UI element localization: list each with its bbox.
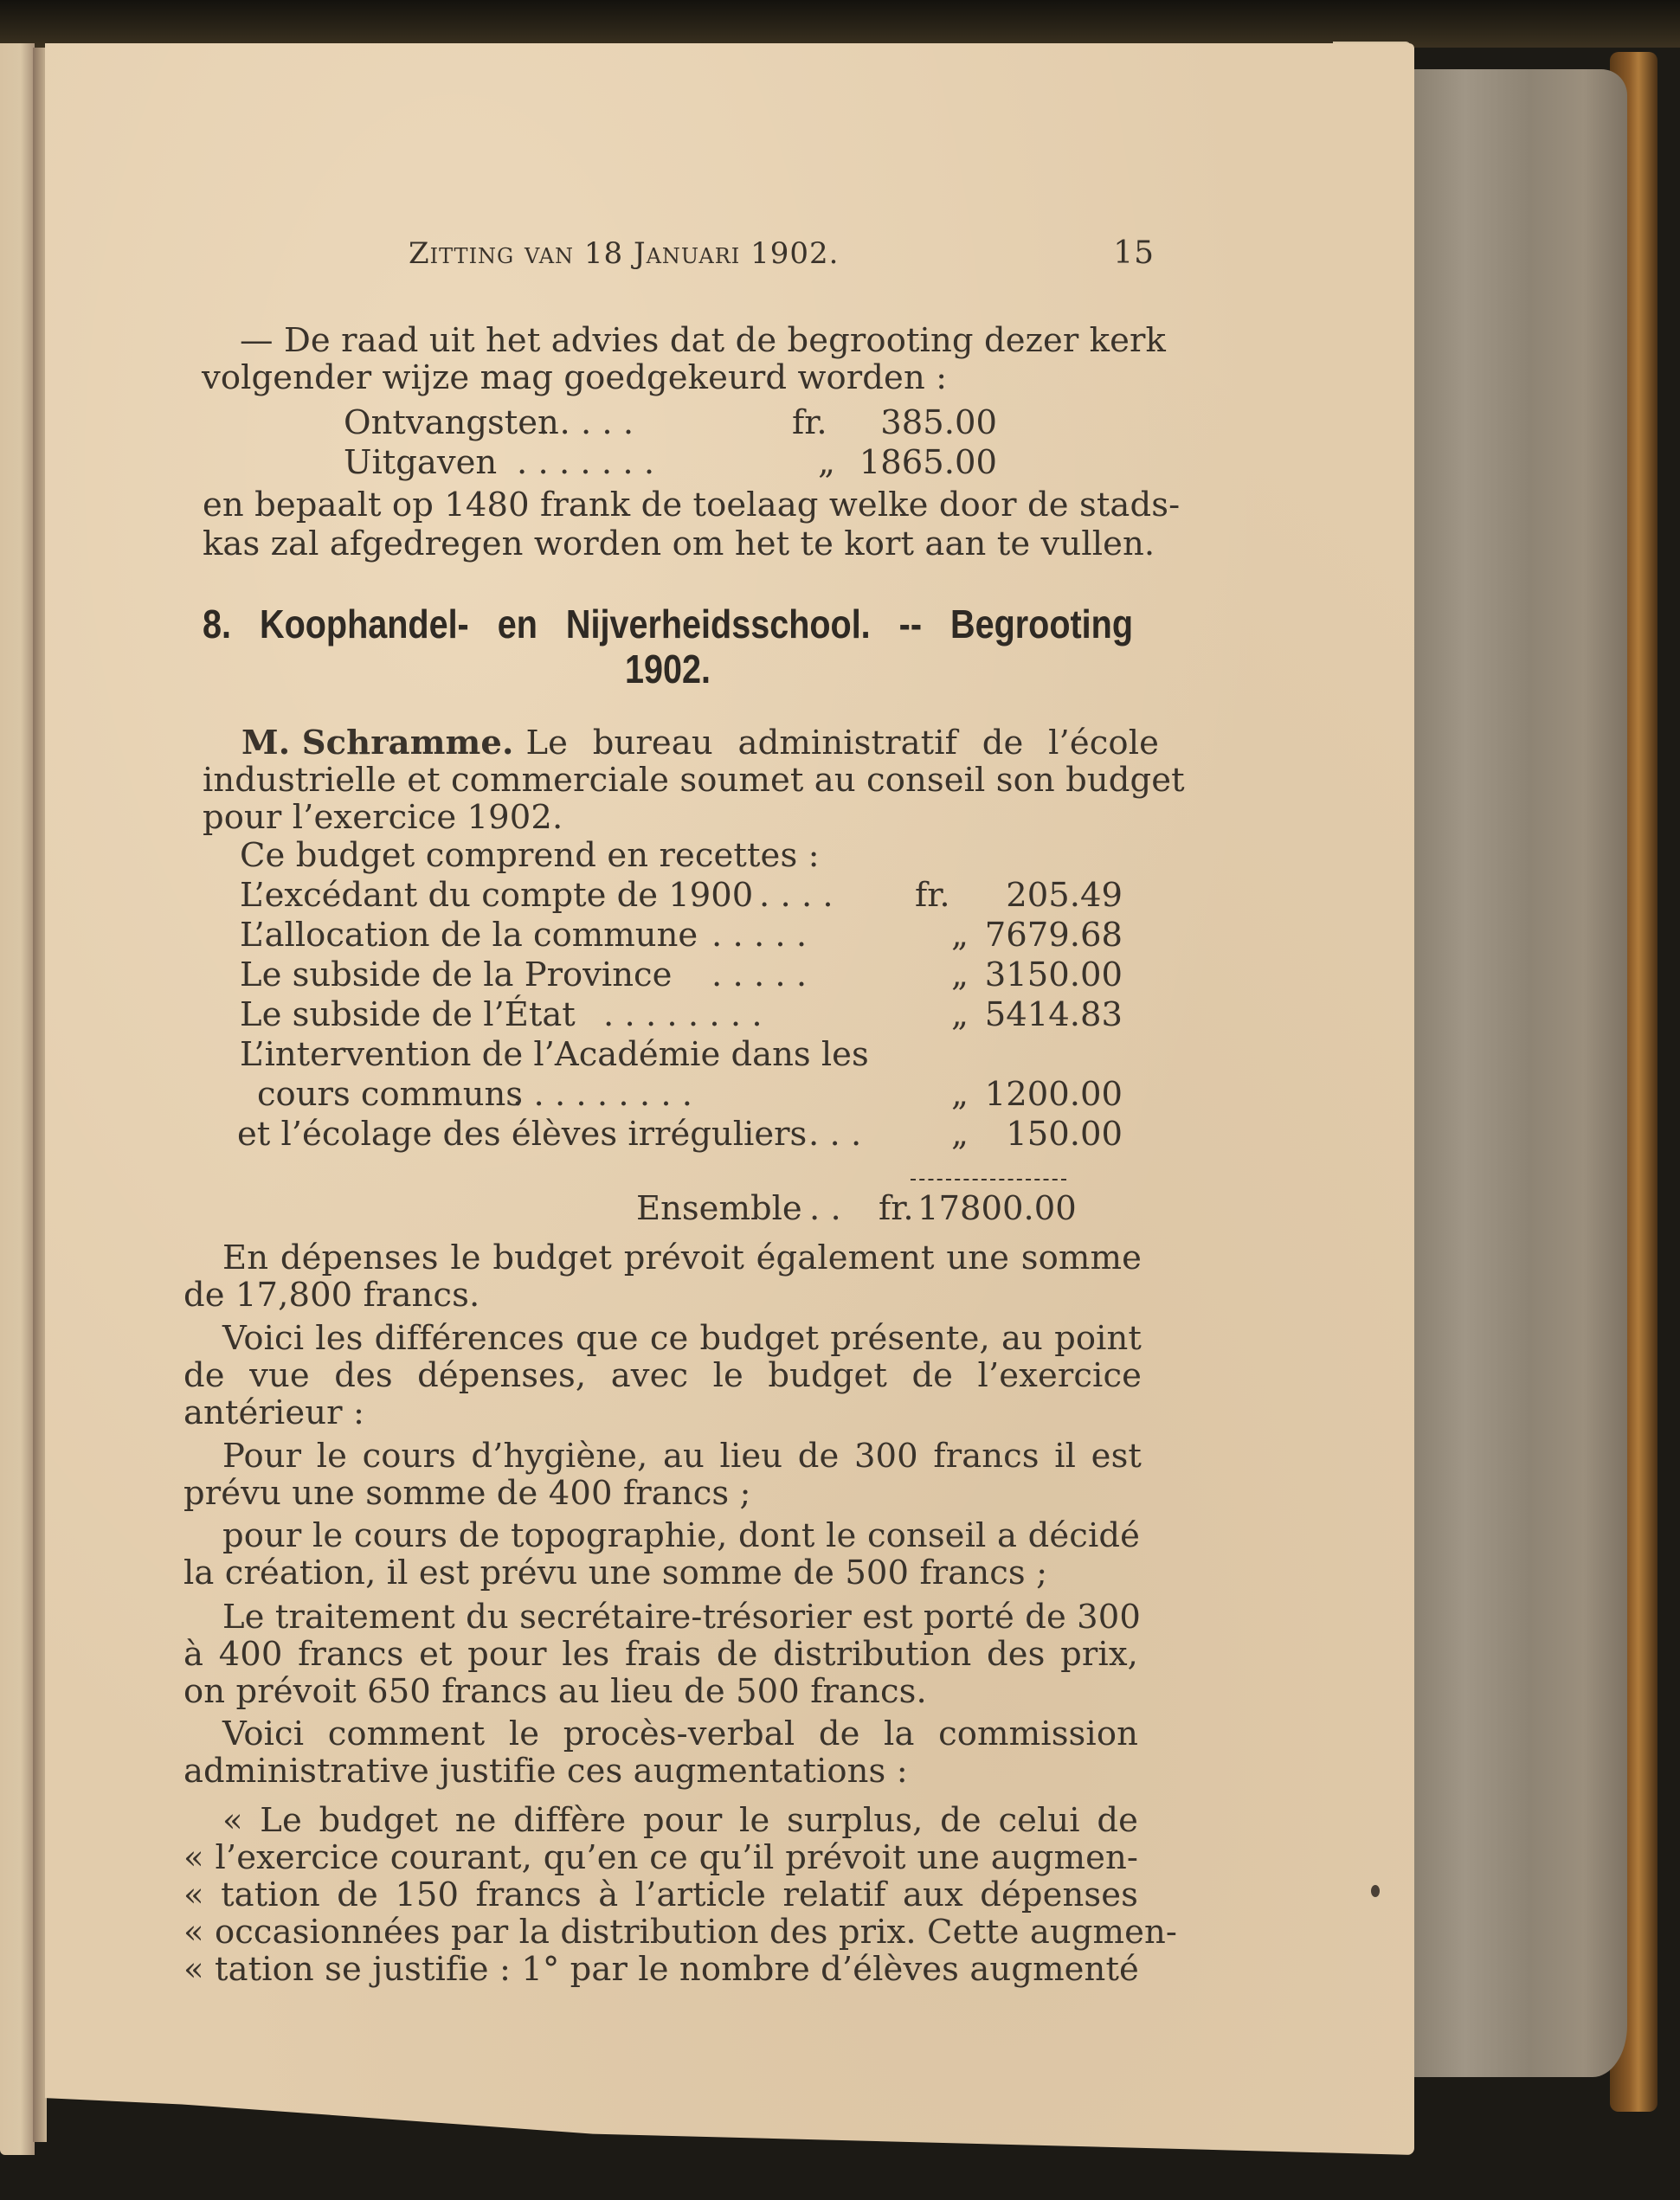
receipt-amount: 3150.00 (967, 959, 1123, 993)
receipt-leader: . . . . . (711, 959, 807, 993)
paragraph-3-line-2: de 17,800 francs. (183, 1279, 480, 1313)
paragraph-1-line-1: — De raad uit het advies dat de begrooti… (240, 325, 1159, 358)
quotation-line-4: « occasionnées par la distribution des p… (183, 1916, 1138, 1950)
ledger-currency: fr. (792, 407, 827, 441)
paragraph-7-line-3: on prévoit 650 francs au lieu de 500 fra… (183, 1676, 927, 1709)
receipt-currency: „ (951, 919, 969, 953)
receipt-leader: . . . . (759, 879, 834, 913)
section-heading: 8. Koophandel- en Nijverheidsschool. -- … (203, 601, 1004, 692)
receipt-label: Le subside de la Province (240, 959, 672, 993)
speaker-name: M. Schramme. (241, 727, 513, 761)
receipt-label: Le subside de l’État (240, 999, 576, 1032)
receipt-amount: 1200.00 (967, 1078, 1123, 1112)
paragraph-3-line-1: En dépenses le budget prévoit également … (222, 1242, 1142, 1276)
receipt-label: L’intervention de l’Académie dans les (240, 1039, 869, 1072)
total-amount: 17800.00 (917, 1193, 1065, 1226)
running-head-title: Zitting van 18 Januari 1902. (409, 236, 839, 271)
receipts-intro: Ce budget comprend en recettes : (240, 839, 820, 873)
receipt-leader: . . . . . . . . (603, 999, 763, 1032)
left-page-edge (0, 43, 35, 2155)
total-rule (911, 1179, 1066, 1180)
paragraph-2-line-2: kas zal afgedregen worden om het te kort… (203, 528, 1155, 562)
receipt-label: et l’écolage des élèves irréguliers (237, 1118, 807, 1152)
section-heading-line-1: 8. Koophandel- en Nijverheidsschool. -- … (203, 601, 1133, 646)
section-heading-line-2: 1902. (203, 646, 1133, 692)
receipt-currency: „ (951, 959, 969, 993)
quotation-line-1: « Le budget ne diffère pour le surplus, … (222, 1804, 1138, 1838)
ledger-amount: 1865.00 (846, 447, 997, 480)
speech-line-3: pour l’exercice 1902. (203, 801, 563, 835)
receipt-label: cours communs (257, 1078, 523, 1112)
total-leader: . . (809, 1193, 841, 1226)
page-stack-edge (1411, 69, 1627, 2077)
receipt-label: L’allocation de la commune (240, 919, 698, 953)
paragraph-7-line-2: à 400 francs et pour les frais de distri… (183, 1638, 1138, 1672)
paragraph-1-line-2: volgender wijze mag goedgekeurd worden : (202, 362, 947, 396)
gutter-shadow (33, 48, 47, 2142)
background-top-band (0, 0, 1680, 48)
paragraph-5-line-2: prévu une somme de 400 francs ; (183, 1477, 751, 1511)
receipt-amount: 5414.83 (967, 999, 1123, 1032)
ledger-label: Ontvangsten (344, 407, 559, 441)
book-page: Zitting van 18 Januari 1902. 15 — De raa… (45, 43, 1414, 2155)
receipt-currency: „ (951, 1078, 969, 1112)
paragraph-7-line-1: Le traitement du secrétaire-trésorier es… (222, 1601, 1138, 1635)
receipt-amount: 7679.68 (967, 919, 1123, 953)
paragraph-4-line-2: de vue des dépenses, avec le budget de l… (183, 1360, 1142, 1393)
total-currency: fr. (879, 1193, 914, 1226)
paragraph-8-line-1: Voici comment le procès-verbal de la com… (222, 1718, 1138, 1752)
receipt-currency: fr. (915, 879, 950, 913)
ink-speck (1371, 1885, 1380, 1897)
paragraph-8-line-2: administrative justifie ces augmentation… (183, 1755, 908, 1789)
paragraph-6-line-1: pour le cours de topographie, dont le co… (222, 1520, 1140, 1554)
quotation-line-2: « l’exercice courant, qu’en ce qu’il pré… (183, 1842, 1138, 1875)
paragraph-4-line-1: Voici les différences que ce budget prés… (222, 1322, 1142, 1356)
ledger-leader: . . . . . . . (517, 447, 654, 480)
running-head: Zitting van 18 Januari 1902. 15 (409, 235, 1155, 271)
receipt-leader: . . . (808, 1118, 861, 1152)
total-label: Ensemble (636, 1193, 802, 1226)
paragraph-6-line-2: la création, il est prévu une somme de 5… (183, 1557, 1047, 1591)
ledger-label: Uitgaven (344, 447, 497, 480)
paragraph-2-line-1: en bepaalt op 1480 frank de toelaag welk… (203, 489, 1159, 523)
paragraph-5-line-1: Pour le cours d’hygiène, au lieu de 300 … (222, 1440, 1142, 1474)
page-number: 15 (1113, 235, 1155, 271)
receipt-amount: 150.00 (967, 1118, 1123, 1152)
quotation-line-5: « tation se justifie : 1° par le nombre … (183, 1953, 1138, 1987)
speech-line-1-text: Le bureau administratif de l’école (525, 727, 1159, 761)
ledger-currency: „ (818, 447, 835, 480)
receipt-leader: . . . . . . . . . (512, 1078, 692, 1112)
receipt-amount: 205.49 (967, 879, 1123, 913)
quotation-line-3: « tation de 150 francs à l’article relat… (183, 1879, 1138, 1913)
receipt-currency: „ (951, 1118, 969, 1152)
speech-line-2: industrielle et commerciale soumet au co… (203, 764, 1159, 798)
speech-line-1: M. Schramme. Le bureau administratif de … (203, 727, 1159, 761)
receipt-leader: . . . . . (711, 919, 807, 953)
paragraph-4-line-3: antérieur : (183, 1397, 364, 1431)
receipt-label: L’excédant du compte de 1900 (240, 879, 753, 913)
ledger-amount: 385.00 (846, 407, 997, 441)
ledger-leader: . . . . . (538, 407, 634, 441)
receipt-currency: „ (951, 999, 969, 1032)
